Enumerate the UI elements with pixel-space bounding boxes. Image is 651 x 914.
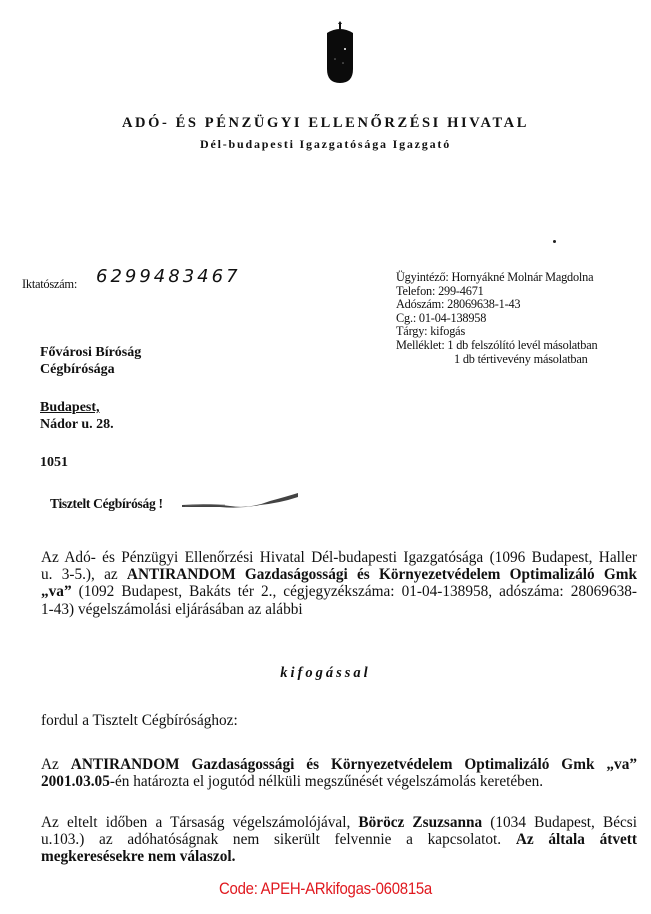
salutation: Tisztelt Cégbíróság ! — [50, 496, 163, 512]
coat-of-arms-icon — [319, 19, 361, 85]
intro-line-4: 1-43) végelszámolási eljárásában az aláb… — [41, 601, 637, 618]
contact-text: Az eltelt időben a Társaság végelszámoló… — [41, 814, 358, 831]
decision-text: Az — [41, 756, 71, 773]
decision-date: 2001.03.05 — [41, 773, 110, 790]
address-line: fordul a Tisztelt Cégbírósághoz: — [41, 712, 637, 729]
intro-line-1: Az Adó- és Pénzügyi Ellenőrzési Hivatal … — [41, 549, 637, 566]
contact-text: u.103.) az adóhatóságnak nem sikerült fe… — [41, 831, 516, 848]
document-heading: kifogással — [0, 665, 651, 682]
contact-emphasis: megkeresésekre nem válaszol. — [41, 848, 235, 865]
registry-number: 6299483467 — [96, 266, 241, 287]
ink-smudge — [180, 491, 300, 513]
scan-speck — [553, 240, 556, 243]
department-name: Dél-budapesti Igazgatósága Igazgató — [0, 137, 651, 152]
attachment-2: 1 db tértivevény másolatban — [396, 353, 597, 367]
registry-label: Iktatószám: — [22, 277, 77, 292]
attachment-1: Melléklet: 1 db felszólító levél másolat… — [396, 339, 597, 353]
intro-text: u. 3-5.), az — [41, 566, 127, 583]
intro-line-3: „va” (1092 Budapest, Bakáts tér 2., cégj… — [41, 583, 637, 600]
decision-line-2: 2001.03.05-én határozta el jogutód nélkü… — [41, 773, 637, 790]
recipient-street: Nádor u. 28. — [40, 417, 114, 433]
recipient-name: Fővárosi Bíróság — [40, 345, 141, 361]
decision-text: -én határozta el jogutód nélküli megszűn… — [110, 773, 543, 790]
intro-paragraph: Az Adó- és Pénzügyi Ellenőrzési Hivatal … — [41, 549, 637, 618]
liquidator-name: Böröcz Zsuzsanna — [358, 814, 482, 831]
address-paragraph: fordul a Tisztelt Cégbírósághoz: — [41, 712, 637, 729]
intro-line-2: u. 3-5.), az ANTIRANDOM Gazdaságossági é… — [41, 566, 637, 583]
document-code: Code: APEH-ARkifogas-060815a — [39, 879, 612, 899]
recipient-city: Budapest, — [40, 400, 100, 416]
company-name: ANTIRANDOM Gazdaságossági és Környezetvé… — [127, 566, 637, 583]
phone: Telefon: 299-4671 — [396, 285, 597, 299]
company-registration: Cg.: 01-04-138958 — [396, 312, 597, 326]
recipient-postcode: 1051 — [40, 455, 68, 471]
contact-text: (1034 Budapest, Bécsi — [482, 814, 637, 831]
contact-line-3: megkeresésekre nem válaszol. — [41, 848, 637, 865]
tax-number: Adószám: 28069638-1-43 — [396, 298, 597, 312]
organization-name: ADÓ- ÉS PÉNZÜGYI ELLENŐRZÉSI HIVATAL — [0, 115, 651, 132]
company-status: „va” — [41, 583, 72, 600]
case-officer: Ügyintéző: Hornyákné Molnár Magdolna — [396, 271, 597, 285]
recipient-division: Cégbírósága — [40, 362, 115, 378]
case-details: Ügyintéző: Hornyákné Molnár Magdolna Tel… — [396, 271, 597, 366]
contact-emphasis: Az általa átvett — [516, 831, 637, 848]
intro-text: (1092 Budapest, Bakáts tér 2., cégjegyzé… — [72, 583, 637, 600]
subject: Tárgy: kifogás — [396, 325, 597, 339]
decision-paragraph: Az ANTIRANDOM Gazdaságossági és Környeze… — [41, 756, 637, 790]
contact-paragraph: Az eltelt időben a Társaság végelszámoló… — [41, 814, 637, 866]
contact-line-1: Az eltelt időben a Társaság végelszámoló… — [41, 814, 637, 831]
company-name: ANTIRANDOM Gazdaságossági és Környezetvé… — [71, 756, 637, 773]
decision-line-1: Az ANTIRANDOM Gazdaságossági és Környeze… — [41, 756, 637, 773]
contact-line-2: u.103.) az adóhatóságnak nem sikerült fe… — [41, 831, 637, 848]
